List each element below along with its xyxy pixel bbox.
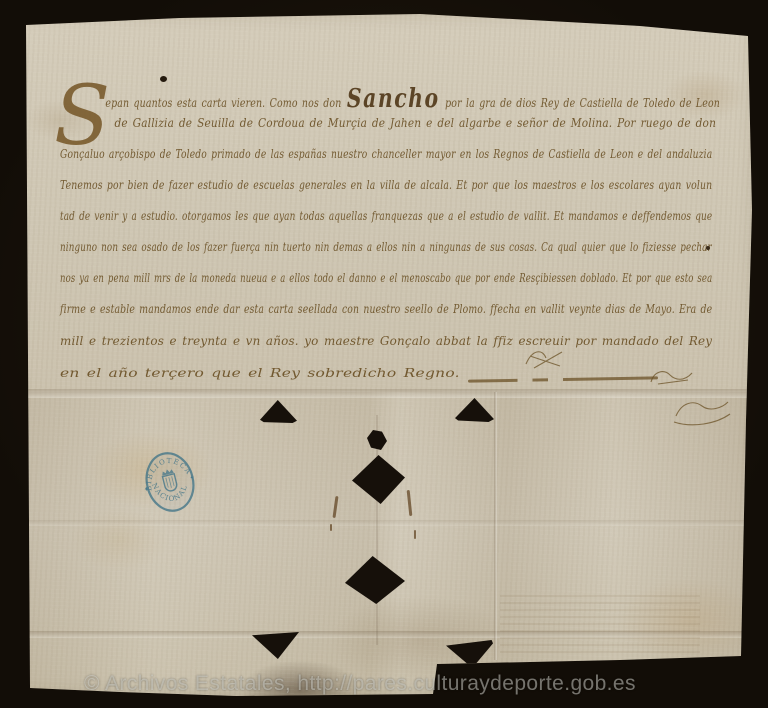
manuscript-line: ninguno non sea osado de los fazer fuerç… [60,240,712,270]
manuscript-line: tad de venir y a estudio. otorgamos les … [60,209,712,239]
archive-watermark: © Archivos Estatales, http://pares.cultu… [84,672,636,696]
manuscript-line: firme e estable mandamos ende dar esta c… [60,302,712,332]
photo-stage: S epan quantos esta carta vieren. Como n… [0,0,768,708]
line1-post: por la gra de dios Rey de Castiella de T… [445,96,720,110]
stamp-star-icon: ✦ [189,474,196,482]
cord-remnant [330,524,332,531]
horizontal-fold-line [0,520,768,526]
royal-name: Sancho [347,84,440,114]
manuscript-line: epan quantos esta carta vieren. Como nos… [60,84,720,114]
vertical-crease [494,392,497,660]
ink-blot [706,246,710,250]
rubric-mark-icon [648,366,696,388]
manuscript-line: nos ya en pena mill mrs de la moneda nue… [60,271,712,301]
vertical-crease [376,415,378,645]
manuscript-line: Gonçaluo arçobispo de Toledo primado de … [60,147,712,177]
ink-blot [160,76,167,82]
surface-scratches [500,595,700,655]
manuscript-line: Tenemos por bien de fazer estudio de esc… [60,178,712,208]
manuscript-text: S epan quantos esta carta vieren. Como n… [60,84,716,384]
cord-remnant [414,530,416,539]
manuscript-line: en el año terçero que el Rey sobredicho … [60,366,460,396]
parchment: S epan quantos esta carta vieren. Como n… [0,0,768,708]
line1-pre: epan quantos esta carta vieren. Como nos… [105,96,341,110]
chancery-signum-icon [522,344,568,374]
manuscript-line: de Gallizia de Seuilla de Cordoua de Mur… [60,116,716,146]
rubric-mark-icon [672,394,732,428]
manuscript-line: mill e trezientos e treynta e vn años. y… [60,334,712,364]
closing-flourish-line [468,376,658,382]
